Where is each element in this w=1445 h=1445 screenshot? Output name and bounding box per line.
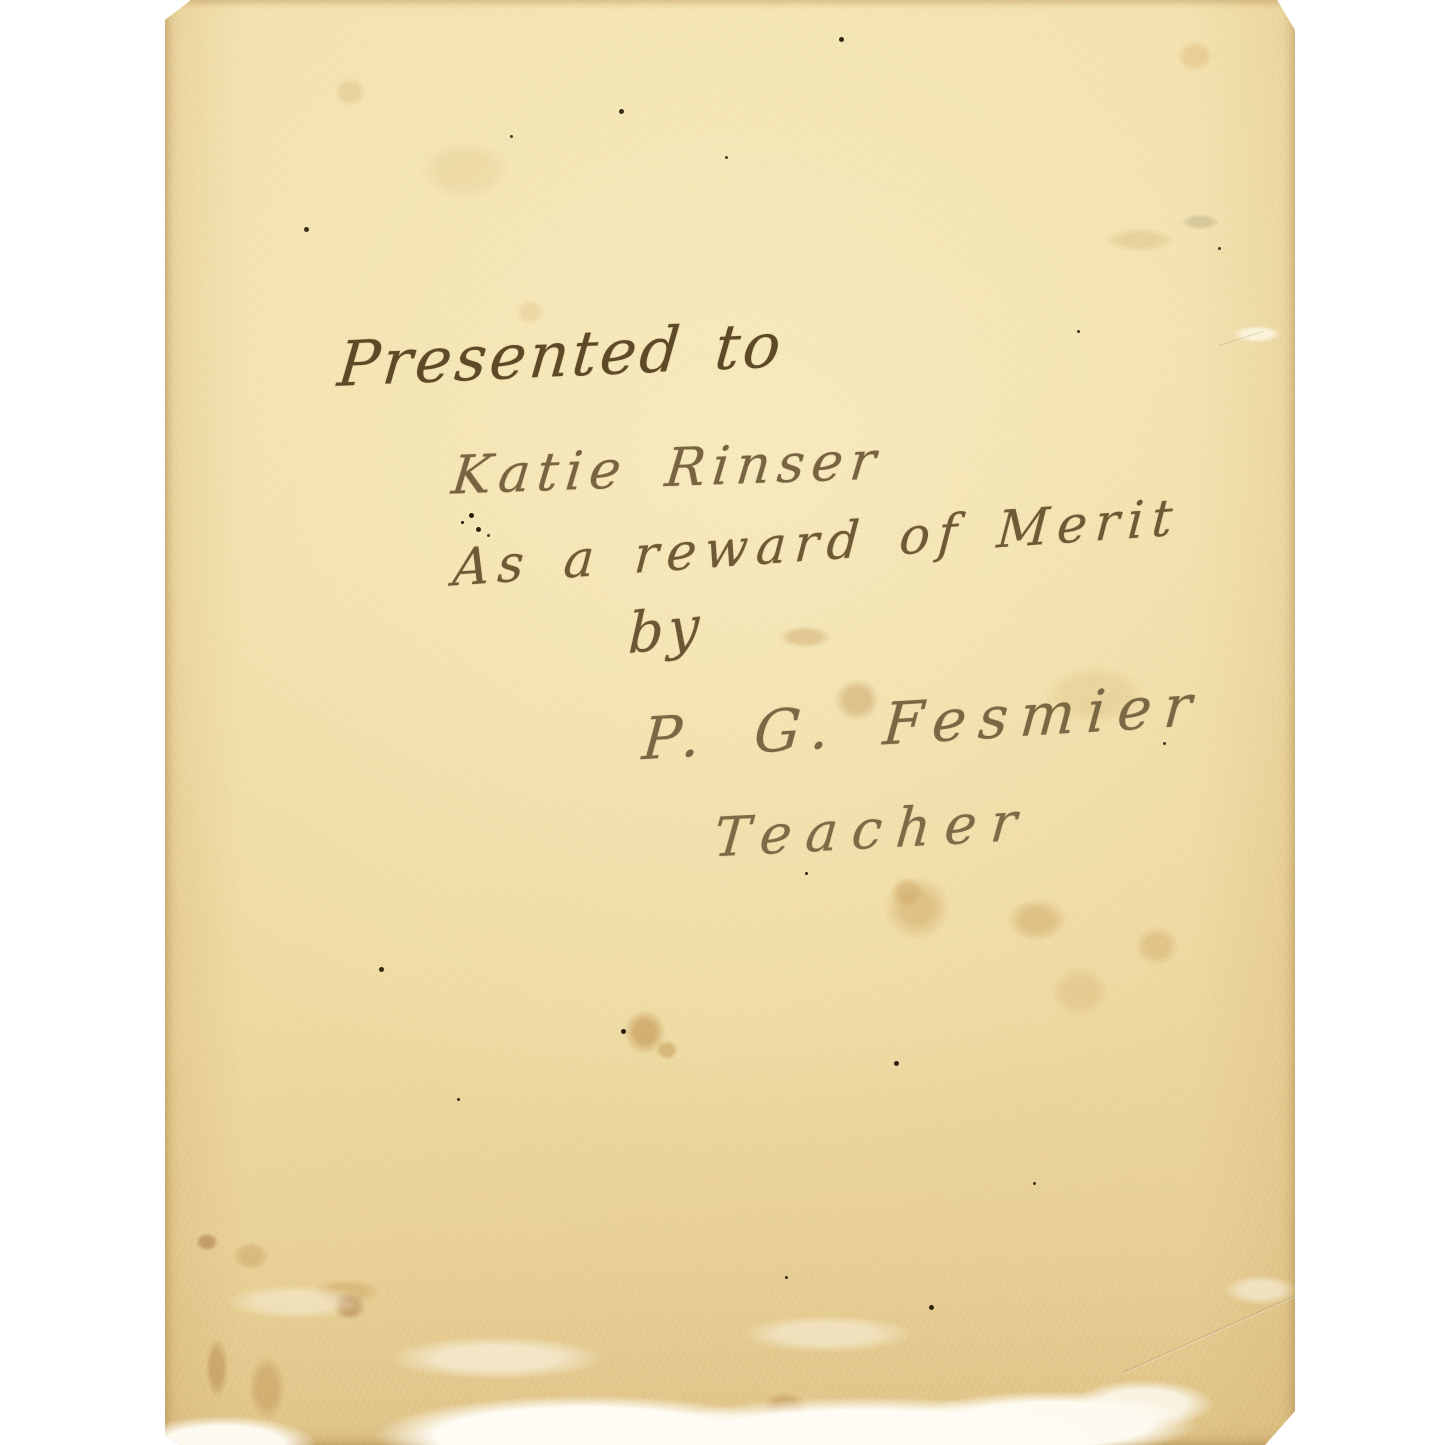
fly-specks (165, 0, 168, 3)
inscription-line-by: by (627, 594, 704, 667)
scanned-document: Presented to Katie Rinser As a reward of… (0, 0, 1445, 1445)
aged-paper-sheet: Presented to Katie Rinser As a reward of… (165, 0, 1295, 1445)
